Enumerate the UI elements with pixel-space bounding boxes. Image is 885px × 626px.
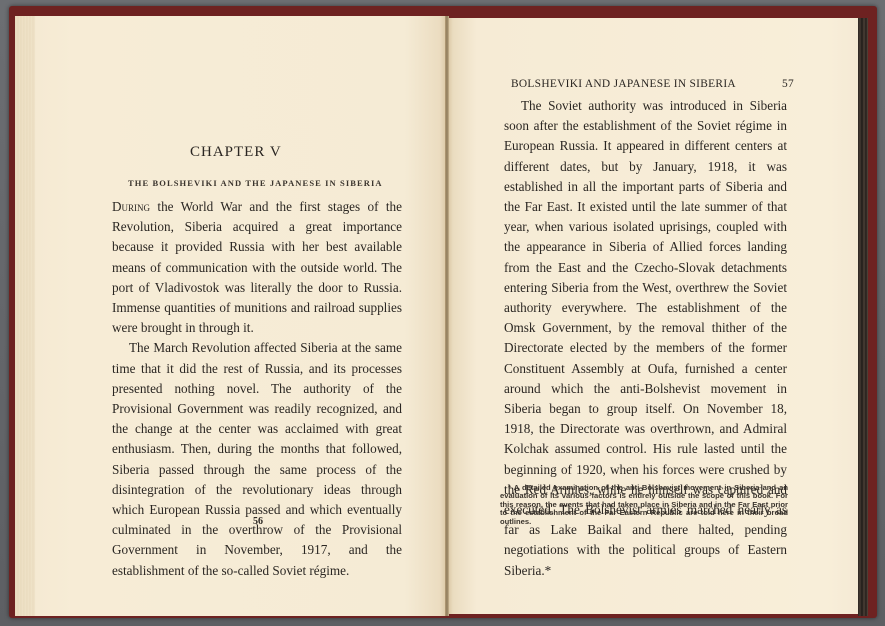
footnote-text: * A detailed examination of the anti-Bol… bbox=[500, 484, 788, 526]
chapter-title: THE BOLSHEVIKI AND THE JAPANESE IN SIBER… bbox=[128, 178, 383, 188]
chapter-label: CHAPTER V bbox=[190, 144, 282, 161]
paragraph: The March Revolution affected Siberia at… bbox=[112, 338, 402, 580]
running-head-title: BOLSHEVIKI AND JAPANESE IN SIBERIA bbox=[511, 78, 736, 90]
dropcap-word: During bbox=[112, 199, 150, 214]
right-page-edges bbox=[858, 18, 868, 616]
page-number-right: 57 bbox=[782, 78, 794, 90]
book-gutter bbox=[445, 16, 449, 616]
page-number-left: 56 bbox=[253, 516, 263, 527]
running-head: BOLSHEVIKI AND JAPANESE IN SIBERIA 57 bbox=[511, 78, 794, 90]
paragraph-text: the World War and the first stages of th… bbox=[112, 199, 402, 335]
paragraph: During the World War and the first stage… bbox=[112, 197, 402, 338]
page-edge-stack bbox=[15, 16, 35, 616]
footnote: * A detailed examination of the anti-Bol… bbox=[500, 484, 788, 526]
